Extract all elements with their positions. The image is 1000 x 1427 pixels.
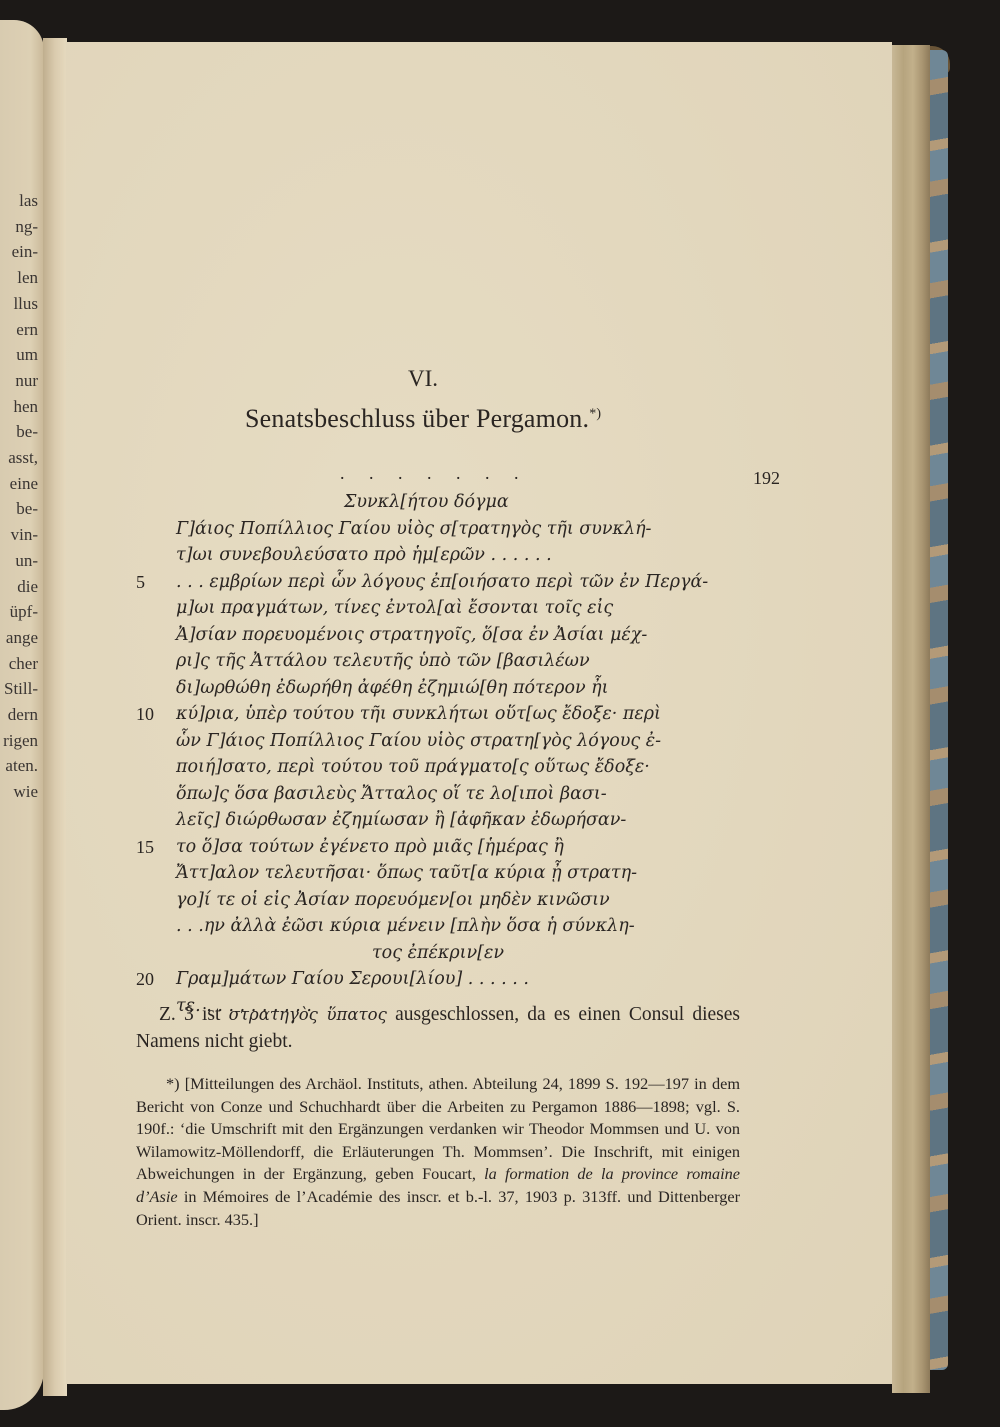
inscription-line: 15το ὅ]σα τούτων ἐγένετο πρὸ μιᾶς [ἡμέρα…: [136, 834, 696, 861]
left-page-fragment: die: [0, 574, 38, 600]
section-number: VI.: [408, 366, 438, 392]
inscription-line: γο]ί τε οἱ εἰς Ἀσίαν πορευόμεν[οι μηδὲν …: [136, 887, 696, 914]
line-text: λεῖς] διώρθωσαν ἐζημίωσαν ἢ [ἀφῆκαν ἐδωρ…: [176, 807, 626, 834]
line-number: 10: [136, 701, 160, 728]
line-text: μ]ωι πραγμάτων, τίνες ἐντολ[αὶ ἔσονται τ…: [176, 595, 613, 622]
line-text: ὅπω]ς ὅσα βασιλεὺς Ἄτταλος οἵ τε λο[ιποὶ…: [176, 781, 607, 808]
left-page-fragment: hen: [0, 394, 38, 420]
left-page-fragment: aten.: [0, 753, 38, 779]
left-page-fragment: be-: [0, 419, 38, 445]
inscription-line: μ]ωι πραγμάτων, τίνες ἐντολ[αὶ ἔσονται τ…: [136, 595, 696, 622]
left-page-fragment: nur: [0, 368, 38, 394]
left-page-fragment: eine: [0, 471, 38, 497]
inscription-line: τ]ωι συνεβουλεύσατο πρὸ ἡμ[ερῶν . . . . …: [136, 542, 696, 569]
section-title-text: Senatsbeschluss über Pergamon.: [245, 404, 589, 433]
note-prefix: Z. 3 ist: [159, 1004, 229, 1025]
left-page-fragment: wie: [0, 779, 38, 805]
inscription-line: Συνκλ[ήτου δόγμα: [136, 489, 696, 516]
commentary-note: Z. 3 ist στρατηγὸς ὕπατος ausgeschlossen…: [136, 1001, 740, 1055]
inscription-line: ρι]ς τῆς Ἀττάλου τελευτῆς ὑπὸ τῶν [βασιλ…: [136, 648, 696, 675]
left-page-fragment: llus: [0, 291, 38, 317]
left-page-fragment: üpf-: [0, 599, 38, 625]
left-page-fragment: len: [0, 265, 38, 291]
line-text: δι]ωρθώθη ἐδωρήθη ἀφέθη ἐζημιώ[θη πότερο…: [176, 675, 609, 702]
left-page-fragment: Still-: [0, 676, 38, 702]
line-text: . . . εμβρίων περὶ ὧν λόγους ἐπ[οιήσατο …: [176, 569, 708, 596]
line-text: . . .ην ἀλλὰ ἐῶσι κύρια μένειν [πλὴν ὅσα…: [176, 913, 635, 940]
line-text: Γ]άιος Ποπίλλιος Γαίου υἱὸς σ[τρατηγὸς τ…: [176, 516, 651, 543]
footnote-text-2: in Mémoires de l’Académie des inscr. et …: [136, 1187, 740, 1229]
line-text: ποιή]σατο, περὶ τούτου τοῦ πράγματο[ς οὕ…: [176, 754, 650, 781]
left-page-fragment: ange: [0, 625, 38, 651]
left-page-text-fragments: lasng-ein-lenllusernumnurhenbe-asst,eine…: [0, 188, 38, 805]
inscription-line: 20Γραμ]μάτων Γαίου Σερουι[λίου] . . . . …: [136, 966, 696, 993]
inscription-line: ὅπω]ς ὅσα βασιλεὺς Ἄτταλος οἵ τε λο[ιποὶ…: [136, 781, 696, 808]
footnote: *) [Mitteilungen des Archäol. Instituts,…: [136, 1073, 740, 1231]
line-number: 5: [136, 569, 160, 596]
left-page-fragment: rigen: [0, 728, 38, 754]
line-text: το ὅ]σα τούτων ἐγένετο πρὸ μιᾶς [ἡμέρας …: [176, 834, 564, 861]
left-page-fragment: vin-: [0, 522, 38, 548]
left-page-fragment: ng-: [0, 214, 38, 240]
inscription-line: Ἀ]σίαν πορευομένοις στρατηγοῖς, ὅ[σα ἐν …: [136, 622, 696, 649]
page-fore-edge: [892, 45, 930, 1393]
left-page-fragment: asst,: [0, 445, 38, 471]
line-text: Γραμ]μάτων Γαίου Σερουι[λίου] . . . . . …: [176, 966, 529, 993]
section-title: Senatsbeschluss über Pergamon.*): [245, 404, 601, 434]
line-text: ρι]ς τῆς Ἀττάλου τελευτῆς ὑπὸ τῶν [βασιλ…: [176, 648, 590, 675]
margin-page-reference: 192: [753, 468, 780, 489]
line-number: 20: [136, 966, 160, 993]
inscription-line: ποιή]σατο, περὶ τούτου τοῦ πράγματο[ς οὕ…: [136, 754, 696, 781]
left-page-fragment: ein-: [0, 239, 38, 265]
inscription-line: . . .ην ἀλλὰ ἐῶσι κύρια μένειν [πλὴν ὅσα…: [136, 913, 696, 940]
line-text: Ἀ]σίαν πορευομένοις στρατηγοῖς, ὅ[σα ἐν …: [176, 622, 647, 649]
book-gutter: [43, 38, 67, 1396]
greek-inscription: Συνκλ[ήτου δόγμαΓ]άιος Ποπίλλιος Γαίου υ…: [136, 489, 696, 1019]
line-text: ὧν Γ]άιος Ποπίλλιος Γαίου υἱὸς στρατη[γὸ…: [176, 728, 661, 755]
note-greek: στρατηγὸς ὕπατος: [229, 1005, 387, 1024]
lacuna-dots: . . . . . . .: [340, 463, 529, 484]
inscription-line: Γ]άιος Ποπίλλιος Γαίου υἱὸς σ[τρατηγὸς τ…: [136, 516, 696, 543]
inscription-line: 5. . . εμβρίων περὶ ὧν λόγους ἐπ[οιήσατο…: [136, 569, 696, 596]
inscription-line: λεῖς] διώρθωσαν ἐζημίωσαν ἢ [ἀφῆκαν ἐδωρ…: [136, 807, 696, 834]
left-page-fragment: un-: [0, 548, 38, 574]
line-text: Συνκλ[ήτου δόγμα: [344, 489, 509, 516]
line-number: 15: [136, 834, 160, 861]
line-text: τος ἐπέκριν[εν: [372, 940, 504, 967]
footnote-marker: *): [589, 406, 601, 421]
left-page-fragment: dern: [0, 702, 38, 728]
line-text: κύ]ρια, ὑπὲρ τούτου τῆι συνκλήτωι οὕτ[ως…: [176, 701, 661, 728]
left-page-fragment: be-: [0, 496, 38, 522]
line-text: Ἄττ]αλον τελευτῆσαι· ὅπως ταῦτ[α κύρια ᾖ…: [176, 860, 637, 887]
inscription-line: δι]ωρθώθη ἐδωρήθη ἀφέθη ἐζημιώ[θη πότερο…: [136, 675, 696, 702]
inscription-line: Ἄττ]αλον τελευτῆσαι· ὅπως ταῦτ[α κύρια ᾖ…: [136, 860, 696, 887]
inscription-line: ὧν Γ]άιος Ποπίλλιος Γαίου υἱὸς στρατη[γὸ…: [136, 728, 696, 755]
left-page-fragment: um: [0, 342, 38, 368]
inscription-line: τος ἐπέκριν[εν: [136, 940, 696, 967]
marbled-cover-edge: [928, 50, 948, 1370]
line-text: γο]ί τε οἱ εἰς Ἀσίαν πορευόμεν[οι μηδὲν …: [176, 887, 610, 914]
left-page-fragment: ern: [0, 317, 38, 343]
inscription-line: 10κύ]ρια, ὑπὲρ τούτου τῆι συνκλήτωι οὕτ[…: [136, 701, 696, 728]
left-page-fragment: las: [0, 188, 38, 214]
left-page-fragment: cher: [0, 651, 38, 677]
line-text: τ]ωι συνεβουλεύσατο πρὸ ἡμ[ερῶν . . . . …: [176, 542, 552, 569]
left-page-edge: lasng-ein-lenllusernumnurhenbe-asst,eine…: [0, 20, 44, 1410]
